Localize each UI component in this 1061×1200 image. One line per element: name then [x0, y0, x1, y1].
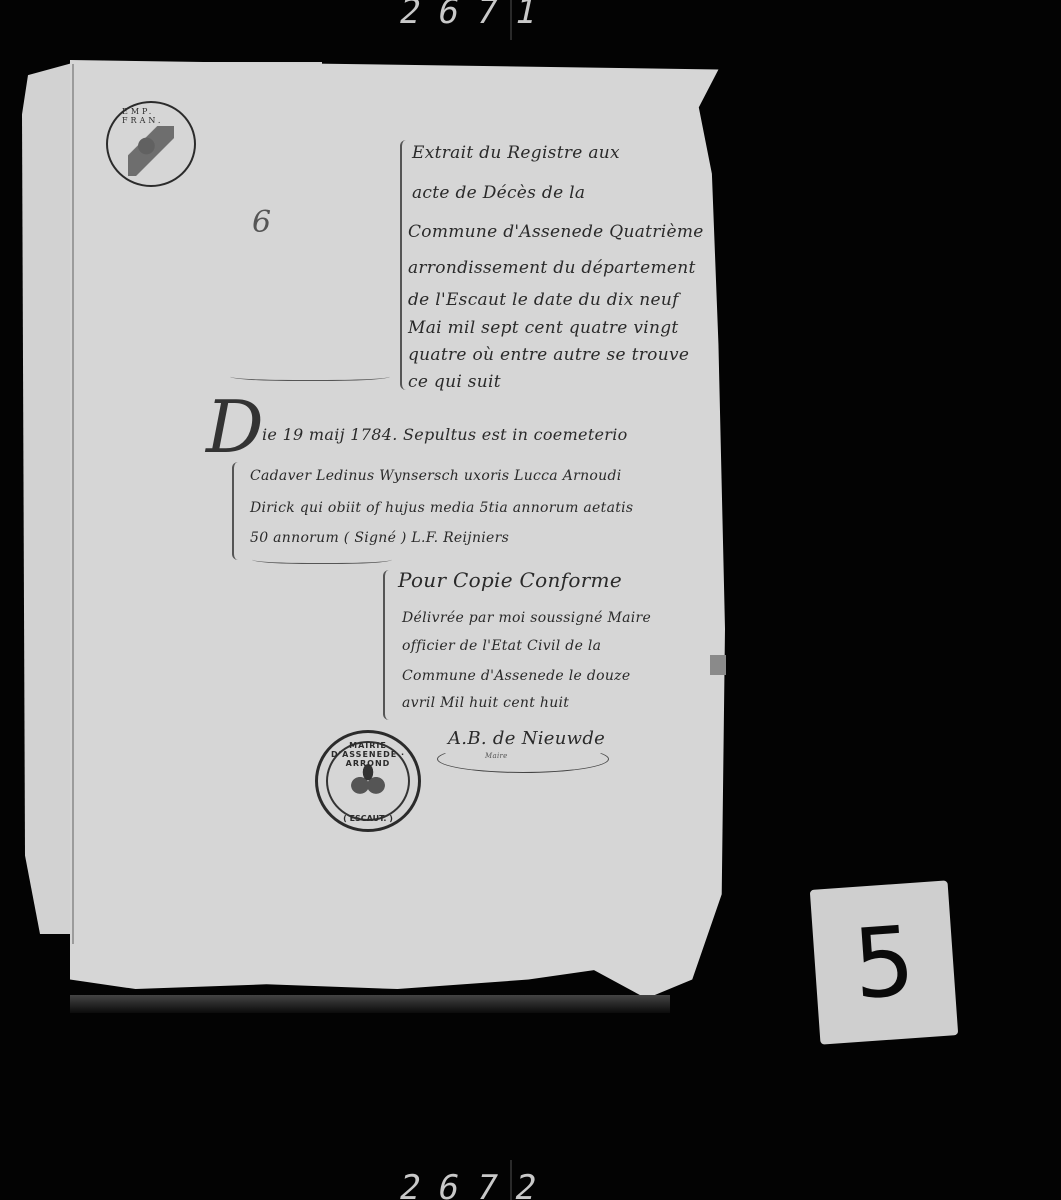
page-edge-tab: [710, 655, 726, 675]
film-frame-number-bottom: 2672: [396, 1168, 558, 1200]
header-line: Mai mil sept cent quatre vingt: [408, 318, 679, 338]
seated-figure-icon: [128, 126, 174, 176]
certification-line: avril Mil huit cent huit: [402, 695, 569, 711]
film-frame-number-top: 2671: [396, 0, 558, 32]
header-line: ce qui suit: [408, 372, 501, 392]
signature-flourish: [437, 745, 609, 773]
archive-number-tag: 5: [810, 880, 958, 1044]
page-fold-line: [72, 64, 74, 944]
seal-legend-top: MAIRIE D'ASSENEDE · ARROND: [318, 741, 418, 768]
header-line: arrondissement du département: [408, 258, 696, 278]
certification-brace: [383, 570, 395, 720]
entry-initial-letter: D: [206, 385, 264, 469]
header-line: Commune d'Assenede Quatrième: [408, 222, 704, 242]
page-shadow: [70, 995, 670, 1013]
entry-line: ie 19 maij 1784. Sepultus est in coemete…: [262, 425, 628, 444]
folio-number: 6: [252, 205, 271, 240]
certification-heading: Pour Copie Conforme: [398, 568, 622, 592]
separator-flourish: [230, 370, 390, 381]
imperial-stamp-seal: EMP. FRAN.: [106, 101, 196, 187]
header-line: acte de Décès de la: [412, 183, 585, 203]
seal-legend-bottom: ( ESCAUT. ): [318, 814, 418, 823]
entry-line: Cadaver Ledinus Wynsersch uxoris Lucca A…: [250, 468, 622, 484]
entry-line: 50 annorum ( Signé ) L.F. Reijniers: [250, 530, 509, 546]
film-scratch-line: [510, 1160, 512, 1200]
separator-flourish: [252, 553, 392, 564]
mairie-seal: MAIRIE D'ASSENEDE · ARROND ( ESCAUT. ): [315, 730, 421, 832]
header-line: de l'Escaut le date du dix neuf: [408, 290, 679, 310]
archive-tag-number: 5: [850, 905, 919, 1021]
film-scratch-line: [510, 0, 512, 40]
certification-line: officier de l'Etat Civil de la: [402, 638, 601, 654]
header-line: Extrait du Registre aux: [412, 143, 620, 163]
certification-line: Commune d'Assenede le douze: [402, 668, 630, 684]
certification-line: Délivrée par moi soussigné Maire: [402, 610, 651, 626]
entry-line: Dirick qui obiit of hujus media 5tia ann…: [250, 500, 633, 516]
entry-brace: [232, 462, 244, 560]
header-line: quatre où entre autre se trouve: [408, 345, 689, 365]
seal-legend: EMP. FRAN.: [122, 107, 194, 125]
